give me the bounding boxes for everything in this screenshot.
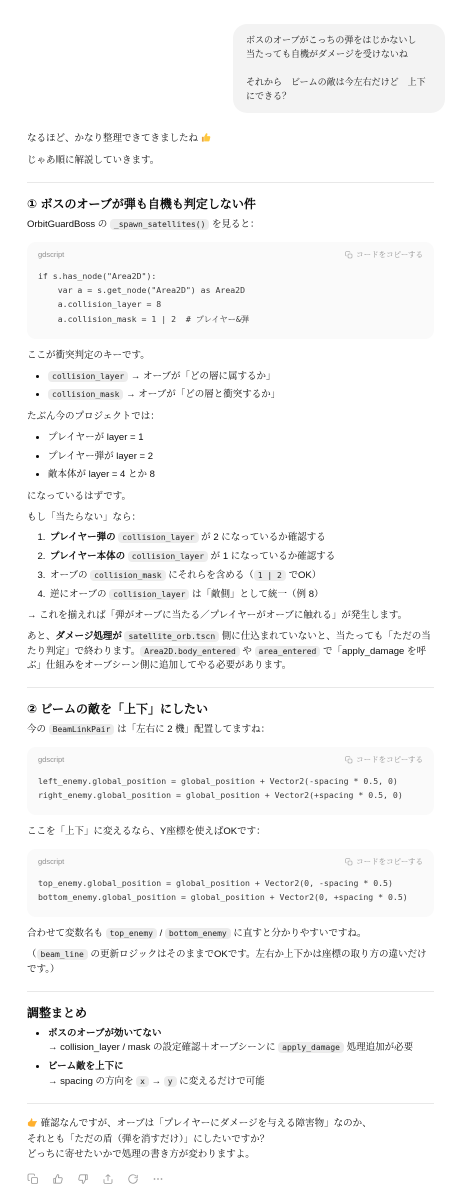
more-icon	[152, 1173, 164, 1185]
code-language-label: gdscript	[38, 249, 64, 261]
fix-steps-list: プレイヤー弾の collision_layer が 2 になっているか確認する …	[27, 531, 434, 602]
text-run: や	[240, 646, 255, 657]
list-item: ビーム敵を上下に → spacing の方向を x → y に変えるだけで可能	[48, 1060, 434, 1089]
text-run: に直すと分かりやすいですね。	[231, 928, 367, 939]
text-run: 合わせて変数名も	[27, 928, 106, 939]
inline-code: Area2D.body_entered	[140, 646, 240, 657]
text-run: → spacing の方向を	[48, 1076, 136, 1087]
inline-code: collision_mask	[90, 570, 165, 581]
inline-code: bottom_enemy	[165, 928, 231, 939]
list-item: 逆にオーブの collision_layer は「敵側」として統一（例 8）	[48, 588, 434, 603]
bold-run: プレイヤー本体の	[50, 551, 125, 562]
text-run: 確認なんですが、オーブは「プレイヤーにダメージを与える障害物」なのか、	[41, 1118, 372, 1129]
text-run: は「敵側」として統一（例 8）	[189, 589, 323, 600]
text-run: 今の	[27, 724, 49, 735]
bold-run: プレイヤー弾の	[50, 532, 116, 543]
copy-response-button[interactable]	[27, 1173, 39, 1185]
text-run: オーブの	[50, 570, 90, 581]
inline-code: y	[164, 1076, 177, 1087]
section2-heading: ② ビームの敵を「上下」にしたい	[27, 701, 434, 717]
inline-code: apply_damage	[278, 1042, 344, 1053]
thumbs-up-button[interactable]	[52, 1173, 64, 1185]
section-divider	[27, 687, 434, 688]
paragraph: → これを揃えれば「弾がオーブに当たる／プレイヤーがオーブに触れる」が発生します…	[27, 609, 434, 624]
inline-code: collision_layer	[118, 532, 198, 543]
paragraph: 合わせて変数名も top_enemy / bottom_enemy に直すと分か…	[27, 927, 434, 942]
text-run: それとも「ただの盾（弾を消すだけ）」にしたいですか？	[27, 1134, 269, 1145]
text-run: が 2 になっているか確認する	[199, 532, 326, 543]
list-item: オーブの collision_mask にそれらを含める（1 | 2 でOK）	[48, 569, 434, 584]
list-item: プレイヤー弾が layer = 2	[48, 450, 434, 465]
chat-page: ボスのオーブがこっちの弾をはじかないし 当たっても自機がダメージを受けないね そ…	[0, 0, 451, 1203]
summary-list: ボスのオーブが効いてない → collision_layer / mask の設…	[27, 1027, 434, 1090]
code-block-3: gdscript コードをコピーする top_enemy.global_posi…	[27, 849, 434, 917]
closing-paragraph: 確認なんですが、オーブは「プレイヤーにダメージを与える障害物」なのか、 それとも…	[27, 1117, 434, 1163]
text-run: → collision_layer / mask の設定確認＋オーブシーンに	[48, 1042, 278, 1053]
text-run: あと、	[27, 631, 56, 642]
inline-code: top_enemy	[106, 928, 157, 939]
assistant-message: なるほど、かなり整理できてきましたね じゃあ順に解説していきます。 ① ボスのオ…	[0, 113, 451, 1203]
copy-icon	[345, 251, 353, 259]
thumbs-down-icon	[77, 1173, 89, 1185]
inline-code: x	[136, 1076, 149, 1087]
section2-lead: 今の BeamLinkPair は「左右に 2 機」配置してますね：	[27, 723, 434, 738]
code-language-label: gdscript	[38, 856, 64, 868]
copy-code-button[interactable]: コードをコピーする	[345, 754, 423, 765]
list-item: プレイヤーが layer = 1	[48, 431, 434, 446]
text-run: → オーブが「どの層に属するか」	[128, 371, 275, 382]
share-icon	[102, 1173, 114, 1185]
inline-code: _spawn_satellites()	[110, 219, 210, 230]
section-divider	[27, 1103, 434, 1104]
code-block-2: gdscript コードをコピーする left_enemy.global_pos…	[27, 747, 434, 815]
paragraph: あと、ダメージ処理が satellite_orb.tscn 側に仕込まれていない…	[27, 630, 434, 674]
regenerate-icon	[127, 1173, 139, 1185]
code-content: top_enemy.global_position = global_posit…	[27, 869, 434, 918]
inline-code: collision_layer	[128, 551, 208, 562]
section-divider	[27, 991, 434, 992]
thumbs-up-emoji	[201, 132, 212, 149]
intro-text: なるほど、かなり整理できてきましたね	[27, 133, 198, 144]
code-header: gdscript コードをコピーする	[27, 242, 434, 262]
paragraph: もし「当たらない」なら：	[27, 511, 434, 526]
inline-code: collision_layer	[48, 371, 128, 382]
inline-code: BeamLinkPair	[49, 724, 115, 735]
inline-code: collision_layer	[109, 589, 189, 600]
copy-code-button[interactable]: コードをコピーする	[345, 856, 423, 867]
code-content: if s.has_node("Area2D"): var a = s.get_n…	[27, 262, 434, 339]
text-run: は「左右に 2 機」配置してますね：	[114, 724, 270, 735]
code-header: gdscript コードをコピーする	[27, 747, 434, 767]
list-item: プレイヤー本体の collision_layer が 1 になっているか確認する	[48, 550, 434, 565]
code-header: gdscript コードをコピーする	[27, 849, 434, 869]
list-item: collision_layer → オーブが「どの層に属するか」	[48, 370, 434, 385]
copy-code-button[interactable]: コードをコピーする	[345, 249, 423, 260]
layer-bullet-list: プレイヤーが layer = 1 プレイヤー弾が layer = 2 敵本体が …	[27, 431, 434, 483]
text-run: の更新ロジックはそのままでOKです。左右か上下かは座標の取り方の違いだけです。）	[27, 949, 426, 975]
text-run: どっちに寄せたいかで処理の書き方が変わりますよ。	[27, 1149, 255, 1160]
paragraph: ここが衝突判定のキーです。	[27, 349, 434, 364]
user-message-row: ボスのオーブがこっちの弾をはじかないし 当たっても自機がダメージを受けないね そ…	[0, 0, 451, 113]
code-content: left_enemy.global_position = global_posi…	[27, 767, 434, 816]
section-divider	[27, 182, 434, 183]
copy-code-label: コードをコピーする	[356, 856, 423, 867]
sub-line: → spacing の方向を x → y に変えるだけで可能	[48, 1075, 434, 1090]
copy-icon	[345, 858, 353, 866]
inline-code: beam_line	[37, 949, 88, 960]
inline-code: satellite_orb.tscn	[124, 631, 219, 642]
summary-heading: 調整まとめ	[27, 1005, 434, 1021]
bold-run: ビーム敵を上下に	[48, 1061, 124, 1072]
text-run: → オーブが「どの層と衝突するか」	[123, 389, 280, 400]
code-language-label: gdscript	[38, 754, 64, 766]
user-message-bubble: ボスのオーブがこっちの弾をはじかないし 当たっても自機がダメージを受けないね そ…	[233, 24, 445, 113]
copy-code-label: コードをコピーする	[356, 249, 423, 260]
copy-code-label: コードをコピーする	[356, 754, 423, 765]
text-run: にそれらを含める（	[166, 570, 254, 581]
text-run: 逆にオーブの	[50, 589, 109, 600]
inline-code: 1 | 2	[254, 570, 286, 581]
text-run: を見ると：	[209, 219, 259, 230]
paragraph: たぶん今のプロジェクトでは：	[27, 410, 434, 425]
text-run: （	[27, 949, 37, 960]
list-item: collision_mask → オーブが「どの層と衝突するか」	[48, 388, 434, 403]
copy-icon	[345, 756, 353, 764]
paragraph: ここを「上下」に変えるなら、Y座標を使えばOKです：	[27, 825, 434, 840]
message-action-bar	[27, 1169, 434, 1197]
user-line: 当たっても自機がダメージを受けないね	[246, 47, 432, 61]
copy-icon	[27, 1173, 39, 1185]
section1-heading: ① ボスのオーブが弾も自機も判定しない件	[27, 196, 434, 212]
more-options-button[interactable]	[152, 1173, 164, 1185]
intro-paragraph: なるほど、かなり整理できてきましたね	[27, 132, 434, 149]
regenerate-button[interactable]	[127, 1173, 139, 1185]
thumbs-down-button[interactable]	[77, 1173, 89, 1185]
text-run: に変えるだけで可能	[177, 1076, 265, 1087]
inline-code: collision_mask	[48, 389, 123, 400]
sub-line: → collision_layer / mask の設定確認＋オーブシーンに a…	[48, 1041, 434, 1056]
intro-paragraph: じゃあ順に解説していきます。	[27, 154, 434, 169]
paragraph: になっているはずです。	[27, 490, 434, 505]
collision-bullet-list: collision_layer → オーブが「どの層に属するか」 collisi…	[27, 370, 434, 403]
thumbs-up-icon	[52, 1173, 64, 1185]
list-item: 敵本体が layer = 4 とか 8	[48, 468, 434, 483]
text-run: OrbitGuardBoss の	[27, 219, 110, 230]
text-run: が 1 になっているか確認する	[208, 551, 335, 562]
text-run: 処理追加が必要	[344, 1042, 413, 1053]
bold-run: ボスのオーブが効いてない	[48, 1028, 162, 1039]
share-button[interactable]	[102, 1173, 114, 1185]
paragraph: （beam_line の更新ロジックはそのままでOKです。左右か上下かは座標の取…	[27, 948, 434, 977]
bold-run: ダメージ処理が	[56, 631, 122, 642]
code-block-1: gdscript コードをコピーする if s.has_node("Area2D…	[27, 242, 434, 339]
list-item: ボスのオーブが効いてない → collision_layer / mask の設…	[48, 1027, 434, 1056]
text-run: →	[149, 1076, 164, 1087]
section1-lead: OrbitGuardBoss の _spawn_satellites() を見る…	[27, 218, 434, 233]
text-run: /	[157, 928, 165, 939]
text-run: でOK）	[286, 570, 321, 581]
inline-code: area_entered	[255, 646, 321, 657]
list-item: プレイヤー弾の collision_layer が 2 になっているか確認する	[48, 531, 434, 546]
user-line: それから ビームの敵は今左右だけど 上下にできる？	[246, 75, 432, 104]
user-line: ボスのオーブがこっちの弾をはじかないし	[246, 33, 432, 47]
pointing-right-emoji	[27, 1117, 38, 1134]
